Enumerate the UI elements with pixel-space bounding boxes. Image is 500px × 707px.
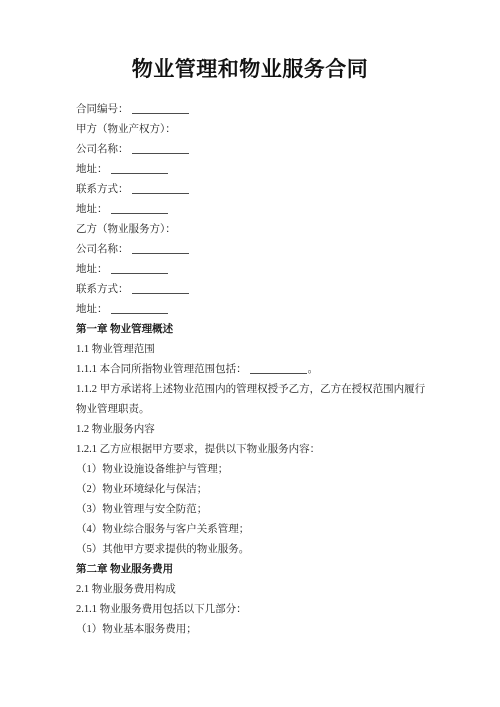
party-a-heading: 甲方（物业产权方）： — [76, 120, 480, 140]
document-title: 物业管理和物业服务合同 — [0, 55, 500, 83]
line-text: 公司名称： — [76, 144, 129, 155]
service-item-3: （3）物业管理与安全防范； — [76, 500, 480, 520]
clause-1-1: 1.1 物业管理范围 — [76, 340, 480, 360]
line-text: 乙方（物业服务方）： — [76, 224, 176, 235]
line-text: 第一章 物业管理概述 — [76, 324, 173, 335]
party-b-address-line-2: 地址： — [76, 300, 480, 320]
line-text: 地址： — [76, 304, 108, 315]
line-text: （5）其他甲方要求提供的物业服务。 — [76, 544, 249, 555]
party-a-address-line-2: 地址： — [76, 200, 480, 220]
line-text: 联系方式： — [76, 184, 129, 195]
line-text: 甲方（物业产权方）： — [76, 124, 176, 135]
blank-field — [250, 361, 307, 374]
line-text: （2）物业环境绿化与保洁； — [76, 484, 207, 495]
clause-1-1-2-continued: 物业管理职责。 — [76, 400, 480, 420]
party-b-address-line: 地址： — [76, 260, 480, 280]
line-text: 地址： — [76, 164, 108, 175]
blank-field — [132, 281, 189, 294]
clause-2-1-1: 2.1.1 物业服务费用包括以下几部分： — [76, 600, 480, 620]
clause-1-2: 1.2 物业服务内容 — [76, 420, 480, 440]
document-body: 合同编号：甲方（物业产权方）：公司名称：地址：联系方式：地址：乙方（物业服务方）… — [76, 100, 480, 640]
line-text: 联系方式： — [76, 284, 129, 295]
line-text: （3）物业管理与安全防范； — [76, 504, 207, 515]
line-text: 物业管理职责。 — [76, 404, 150, 415]
line-text: 第二章 物业服务费用 — [76, 564, 173, 575]
chapter-1-heading: 第一章 物业管理概述 — [76, 320, 480, 340]
party-a-company-name-line: 公司名称： — [76, 140, 480, 160]
service-item-5: （5）其他甲方要求提供的物业服务。 — [76, 540, 480, 560]
line-text: 1.1.1 本合同所指物业管理范围包括： — [76, 364, 247, 375]
blank-field — [132, 101, 189, 114]
party-a-address-line: 地址： — [76, 160, 480, 180]
party-b-company-name-line: 公司名称： — [76, 240, 480, 260]
blank-field — [132, 181, 189, 194]
blank-field — [111, 161, 168, 174]
blank-field — [132, 141, 189, 154]
line-text-suffix: 。 — [308, 364, 319, 375]
chapter-2-heading: 第二章 物业服务费用 — [76, 560, 480, 580]
blank-field — [111, 261, 168, 274]
blank-field — [132, 241, 189, 254]
blank-field — [111, 301, 168, 314]
line-text: （4）物业综合服务与客户关系管理； — [76, 524, 249, 535]
line-text: 2.1 物业服务费用构成 — [76, 584, 176, 595]
party-b-contact-line: 联系方式： — [76, 280, 480, 300]
party-a-contact-line: 联系方式： — [76, 180, 480, 200]
clause-2-1: 2.1 物业服务费用构成 — [76, 580, 480, 600]
line-text: （1）物业设施设备维护与管理； — [76, 464, 228, 475]
clause-1-2-1: 1.2.1 乙方应根据甲方要求，提供以下物业服务内容： — [76, 440, 480, 460]
line-text: 2.1.1 物业服务费用包括以下几部分： — [76, 604, 247, 615]
blank-field — [111, 201, 168, 214]
party-b-heading: 乙方（物业服务方）： — [76, 220, 480, 240]
line-text: 地址： — [76, 264, 108, 275]
line-text: 1.1 物业管理范围 — [76, 344, 155, 355]
line-text: 公司名称： — [76, 244, 129, 255]
line-text: （1）物业基本服务费用； — [76, 624, 197, 635]
clause-1-1-1: 1.1.1 本合同所指物业管理范围包括：。 — [76, 360, 480, 380]
line-text: 合同编号： — [76, 104, 129, 115]
contract-document-page: 物业管理和物业服务合同 合同编号：甲方（物业产权方）：公司名称：地址：联系方式：… — [0, 0, 500, 707]
service-item-4: （4）物业综合服务与客户关系管理； — [76, 520, 480, 540]
line-text: 1.2.1 乙方应根据甲方要求，提供以下物业服务内容： — [76, 444, 320, 455]
line-text: 地址： — [76, 204, 108, 215]
contract-number-line: 合同编号： — [76, 100, 480, 120]
service-item-1: （1）物业设施设备维护与管理； — [76, 460, 480, 480]
service-item-2: （2）物业环境绿化与保洁； — [76, 480, 480, 500]
line-text: 1.1.2 甲方承诺将上述物业范围内的管理权授予乙方，乙方在授权范围内履行 — [76, 384, 425, 395]
line-text: 1.2 物业服务内容 — [76, 424, 155, 435]
fee-item-1: （1）物业基本服务费用； — [76, 620, 480, 640]
clause-1-1-2: 1.1.2 甲方承诺将上述物业范围内的管理权授予乙方，乙方在授权范围内履行 — [76, 380, 480, 400]
